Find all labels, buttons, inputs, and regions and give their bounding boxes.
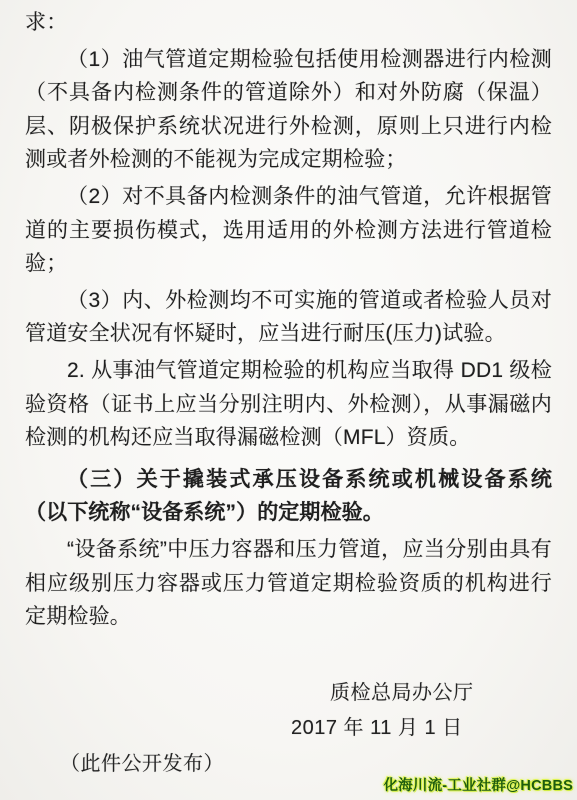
scanned-document-page: 求： （1）油气管道定期检验包括使用检测器进行内检测（不具备内检测条件的管道除外… (0, 0, 577, 800)
public-release-note: （此件公开发布） (60, 747, 224, 776)
paragraph-2: （2）对不具备内检测条件的油气管道，允许根据管道的主要损伤模式，选用适用的外检测… (25, 180, 552, 281)
section-heading-bold: （三）关于撬装式承压设备系统或机械设备系统（以下统称“设备系统”）的定期检验。 (25, 463, 552, 530)
document-body: 求： （1）油气管道定期检验包括使用检测器进行内检测（不具备内检测条件的管道除外… (25, 6, 552, 634)
issuing-authority: 质检总局办公厅 (330, 676, 474, 705)
paragraph-4: 2. 从事油气管道定期检验的机构应当取得 DD1 级检验资格（证书上应当分别注明… (25, 354, 552, 455)
issue-date: 2017 年 11 月 1 日 (291, 711, 463, 740)
opening-line: 求： (25, 6, 552, 40)
paragraph-3: （3）内、外检测均不可实施的管道或者检验人员对管道安全状况有怀疑时，应当进行耐压… (25, 284, 552, 351)
forum-watermark: 化海川流-工业社群@HCBBS (383, 774, 573, 795)
paragraph-6: “设备系统”中压力容器和压力管道，应当分别由具有相应级别压力容器或压力管道定期检… (25, 533, 552, 634)
paragraph-1: （1）油气管道定期检验包括使用检测器进行内检测（不具备内检测条件的管道除外）和对… (25, 43, 552, 177)
